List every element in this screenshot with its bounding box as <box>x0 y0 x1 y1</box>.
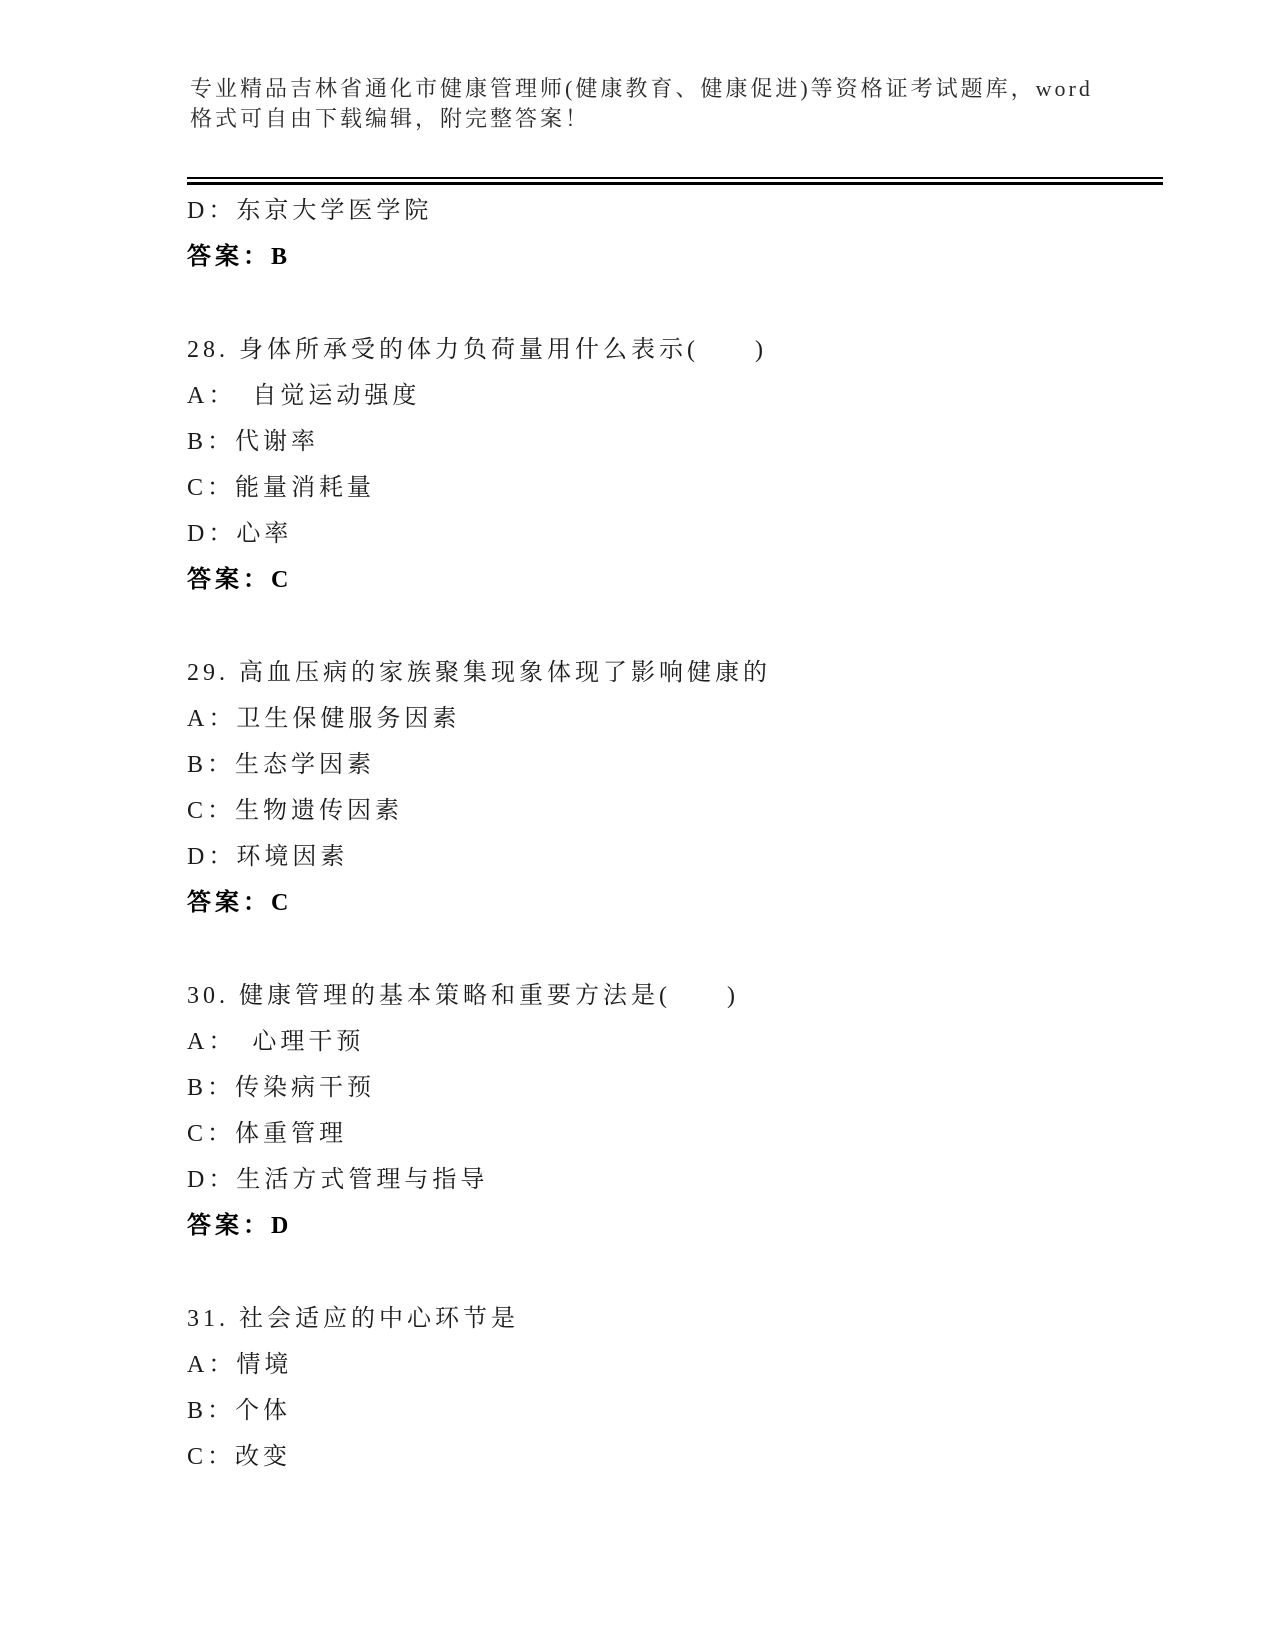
option-line-c: C：体重管理 <box>187 1111 1167 1157</box>
option-line-c: C：改变 <box>187 1434 1167 1480</box>
answer-line: 答案：C <box>187 880 1167 926</box>
question-stem: 29. 高血压病的家族聚集现象体现了影响健康的 <box>187 650 1167 696</box>
document-header: 专业精品吉林省通化市健康管理师(健康教育、健康促进)等资格证考试题库，word … <box>190 74 1120 134</box>
question-stem: 28. 身体所承受的体力负荷量用什么表示( ) <box>187 327 1167 373</box>
option-line-a: A： 自觉运动强度 <box>187 373 1167 419</box>
question-28: 28. 身体所承受的体力负荷量用什么表示( ) A： 自觉运动强度 B：代谢率 … <box>187 327 1167 603</box>
header-text-line-1: 专业精品吉林省通化市健康管理师(健康教育、健康促进)等资格证考试题库，word <box>190 74 1120 104</box>
option-line-c: C：能量消耗量 <box>187 465 1167 511</box>
option-line-a: A： 心理干预 <box>187 1019 1167 1065</box>
question-stem: 31. 社会适应的中心环节是 <box>187 1296 1167 1342</box>
option-line-b: B：代谢率 <box>187 419 1167 465</box>
question-30: 30. 健康管理的基本策略和重要方法是( ) A： 心理干预 B：传染病干预 C… <box>187 973 1167 1249</box>
option-line-d: D：生活方式管理与指导 <box>187 1157 1167 1203</box>
document-body: D：东京大学医学院 答案：B 28. 身体所承受的体力负荷量用什么表示( ) A… <box>187 188 1167 1480</box>
option-line-prev-d: D：东京大学医学院 <box>187 188 1167 234</box>
option-line-b: B：生态学因素 <box>187 742 1167 788</box>
header-divider-rule <box>187 177 1163 185</box>
option-line-b: B：个体 <box>187 1388 1167 1434</box>
option-line-b: B：传染病干预 <box>187 1065 1167 1111</box>
answer-line-prev: 答案：B <box>187 234 1167 280</box>
option-line-d: D：环境因素 <box>187 834 1167 880</box>
question-31: 31. 社会适应的中心环节是 A：情境 B：个体 C：改变 <box>187 1296 1167 1480</box>
document-page: 专业精品吉林省通化市健康管理师(健康教育、健康促进)等资格证考试题库，word … <box>0 0 1275 1650</box>
option-line-a: A：情境 <box>187 1342 1167 1388</box>
option-line-c: C：生物遗传因素 <box>187 788 1167 834</box>
answer-line: 答案：D <box>187 1203 1167 1249</box>
question-stem: 30. 健康管理的基本策略和重要方法是( ) <box>187 973 1167 1019</box>
option-line-a: A：卫生保健服务因素 <box>187 696 1167 742</box>
answer-line: 答案：C <box>187 557 1167 603</box>
header-text-line-2: 格式可自由下载编辑，附完整答案！ <box>190 104 1120 134</box>
option-line-d: D：心率 <box>187 511 1167 557</box>
question-29: 29. 高血压病的家族聚集现象体现了影响健康的 A：卫生保健服务因素 B：生态学… <box>187 650 1167 926</box>
